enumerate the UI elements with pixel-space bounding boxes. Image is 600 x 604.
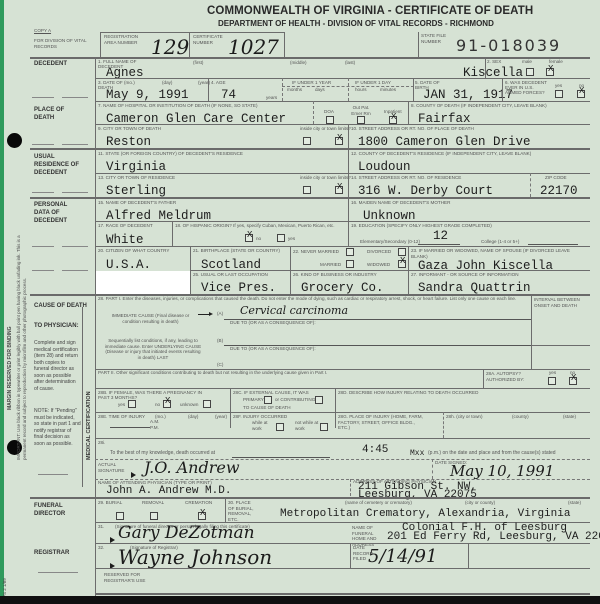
outpatient-checkbox[interactable] [357,116,365,124]
removal-checkbox[interactable] [150,512,158,520]
funeral-director-signature: Gary DeZotman [118,523,255,543]
doa-checkbox[interactable] [326,116,334,124]
place-of-disposition: Metropolitan Crematory, Alexandria, Virg… [280,508,570,520]
pregnancy-yes-checkbox[interactable] [128,400,136,408]
citizenship: U.S.A. [106,258,151,272]
section-personal-data: PERSONAL DATA OF DECEDENT [34,201,84,225]
physician-instructions: Complete and sign medical certification … [34,340,81,392]
death-inside-limits-no-checkbox[interactable] [335,137,343,145]
date-record-filed: 5/14/91 [368,546,437,567]
burial-checkbox[interactable] [116,512,124,520]
occupation: Vice Pres. [201,281,276,295]
immediate-cause: Cervical carcinoma [240,304,348,317]
left-green-edge [0,0,4,596]
date-signed: May 10, 1991 [450,462,554,480]
funeral-home-address: 201 Ed Ferry Rd, Leesburg, VA 22075 [387,531,600,543]
inpatient-checkbox[interactable] [389,116,397,124]
registration-area-number: 129 [151,35,189,59]
while-at-work-checkbox[interactable] [276,423,284,431]
section-decedent: DECEDENT [34,60,67,68]
residence-inside-limits-yes-checkbox[interactable] [303,186,311,194]
residence-street: 316 W. Derby Court [358,184,493,198]
certificate-number: 1027 [228,35,279,59]
attending-physician-name: John A. Andrew M.D. [106,485,231,497]
redacted-area [96,271,190,294]
physician-signature: J.O. Andrew [144,458,240,477]
residence-county: Loudoun [358,160,411,174]
important-note: IMPORTANT: Use black ribbon in typewrite… [16,220,27,460]
section-funeral-director: FUNERAL DIRECTOR [34,502,84,518]
external-primary-checkbox[interactable] [264,396,272,404]
place-of-death-street: 1800 Cameron Glen Drive [358,135,531,149]
city-of-death: Reston [106,135,151,149]
external-contributing-checkbox[interactable] [315,396,323,404]
armed-forces-no-checkbox[interactable] [577,90,585,98]
death-certificate: MARGIN RESERVED FOR BINDING IMPORTANT: U… [0,0,600,596]
date-of-birth: JAN 31, 1917 [423,88,513,102]
death-inside-limits-yes-checkbox[interactable] [303,137,311,145]
not-while-at-work-checkbox[interactable] [320,423,328,431]
business-industry: Grocery Co. [301,281,384,295]
divorced-checkbox[interactable] [398,248,406,256]
residence-zip: 22170 [540,184,578,198]
age: 74 [221,88,236,102]
never-married-checkbox[interactable] [346,248,354,256]
certificate-subtitle: DEPARTMENT OF HEALTH - DIVISION OF VITAL… [218,19,494,28]
copy-label: COPY A [34,28,51,34]
certificate-title: COMMONWEALTH OF VIRGINIA - CERTIFICATE O… [207,5,533,17]
married-checkbox[interactable] [346,260,354,268]
scan-bottom-edge [0,596,600,604]
time-of-death: 4:45 [362,444,388,456]
section-cause-of-death: CAUSE OF DEATH [34,302,87,310]
medical-certification-label: MEDICAL CERTIFICATION [85,391,93,460]
sex-female-checkbox[interactable] [546,68,554,76]
race: White [106,233,144,247]
section-usual-residence: USUAL RESIDENCE OF DECEDENT [34,153,89,177]
hispanic-yes-checkbox[interactable] [277,234,285,242]
armed-forces-yes-checkbox[interactable] [555,90,563,98]
pending-note: NOTE: If "Pending" must be indicated, so… [34,408,81,447]
hispanic-no-checkbox[interactable] [245,234,253,242]
section-place-of-death: PLACE OF DEATH [34,106,84,122]
certificate-number-box: CERTIFICATE NUMBER 1027 [190,32,285,57]
section-to-physician: TO PHYSICIAN: [34,322,84,330]
residence-inside-limits-no-checkbox[interactable] [335,186,343,194]
autopsy-yes-checkbox[interactable] [548,377,556,385]
pregnancy-unknown-checkbox[interactable] [203,400,211,408]
arrow-pointer-icon [110,530,115,548]
autopsy-no-checkbox[interactable] [569,377,577,385]
residence-city: Sterling [106,184,166,198]
date-of-death: May 9, 1991 [106,88,189,102]
registrar-signature: Wayne Johnson [118,545,272,569]
registration-area-box: REGISTRATION AREA NUMBER 129 [100,32,190,57]
reserved-registrar-label: RESERVED FOR REGISTRAR'S USE [104,572,164,583]
arrow-right-icon [209,312,213,316]
residence-state: Virginia [106,160,166,174]
state-file-number: 91-018039 [456,36,561,55]
for-division-label: FOR DIVISION OF VITAL RECORDS [34,38,89,49]
sex-male-checkbox[interactable] [526,68,534,76]
cremation-checkbox[interactable] [198,512,206,520]
informant: Sandra Quattrin [418,281,531,295]
pregnancy-no-checkbox[interactable] [163,400,171,408]
form-code: VS 2 1/89 [2,578,8,596]
widowed-checkbox[interactable] [398,260,406,268]
education-elementary: 12 [433,229,448,243]
section-registrar: REGISTRAR [34,549,69,557]
binder-hole-icon [7,133,22,148]
margin-binding-note: MARGIN RESERVED FOR BINDING [8,326,14,410]
